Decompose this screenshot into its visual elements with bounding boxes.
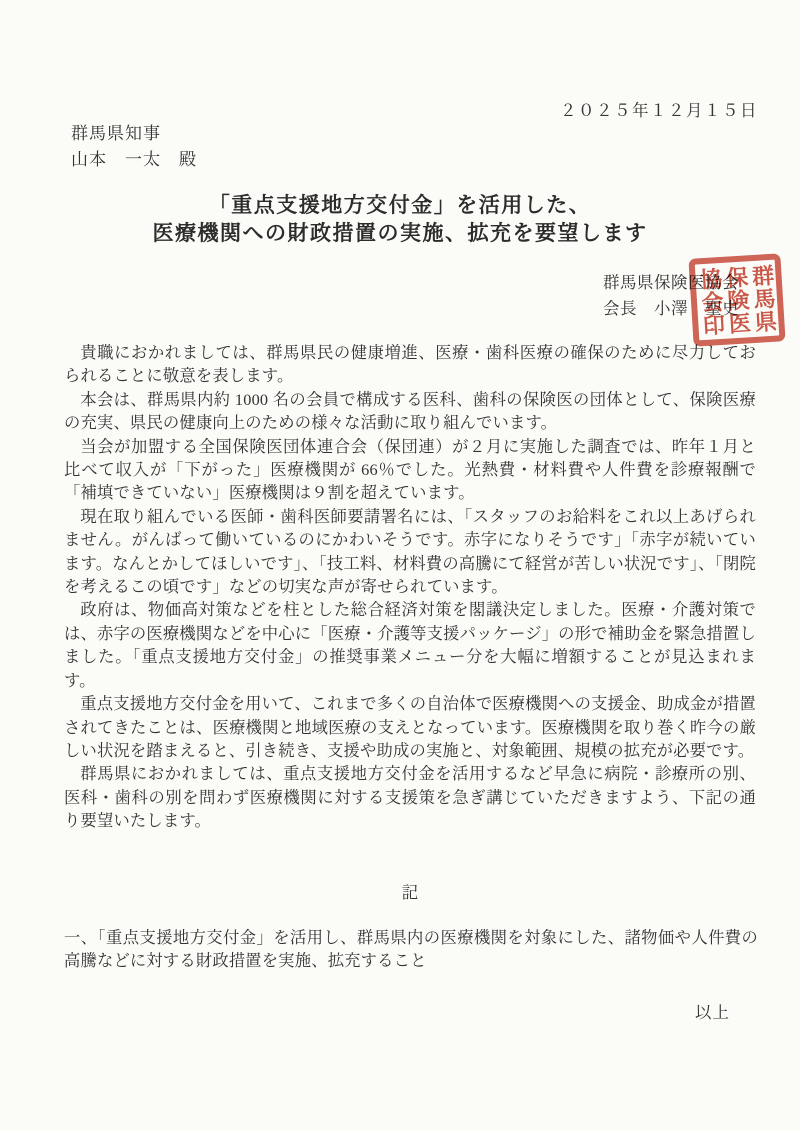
body-paragraph-government-policy: 政府は、物価高対策などを柱とした総合経済対策を閣議決定しました。医療・介護対策で… (64, 598, 756, 692)
record-marker: 記 (64, 879, 756, 903)
seal-column-left: 協会印 (696, 264, 726, 339)
subject-title-line1: 「重点支援地方交付金」を活用した、 (0, 191, 800, 219)
body-paragraph-survey-results: 当会が加盟する全国保険医団体連合会（保団連）が２月に実施した調査では、昨年１月と… (64, 435, 756, 505)
body-paragraph-petition-voices: 現在取り組んでいる医師・歯科医師要請署名には、「スタッフのお給料をこれ以上あげら… (64, 505, 756, 599)
body-paragraph-greeting: 貴職におかれましては、群馬県民の健康増進、医療・歯科医療の確保のために尽力してお… (64, 341, 756, 388)
red-official-seal-stamp: 群馬県 保険医 協会印 (688, 253, 785, 346)
seal-column-right: 群馬県 (748, 261, 778, 336)
subject-title-line2: 医療機関への財政措置の実施、拡充を要望します (0, 219, 800, 247)
closing-word: 以上 (695, 999, 730, 1023)
scanned-letter-page: ２０２５年１２月１５日 群馬県知事 山本 一太 殿 「重点支援地方交付金」を活用… (0, 0, 800, 1131)
letter-date: ２０２５年１２月１５日 (560, 97, 758, 121)
body-paragraph-request-to-prefecture: 群馬県におかれましては、重点支援地方交付金を活用するなど早急に病院・診療所の別、… (64, 762, 756, 832)
recipient-block: 群馬県知事 山本 一太 殿 (71, 121, 197, 173)
letter-body: 貴職におかれましては、群馬県民の健康増進、医療・歯科医療の確保のために尽力してお… (64, 341, 756, 833)
body-paragraph-grant-usage: 重点支援地方交付金を用いて、これまで多くの自治体で医療機関への支援金、助成金が措… (64, 692, 756, 762)
body-paragraph-association-intro: 本会は、群馬県内約 1000 名の会員で構成する医科、歯科の保険医の団体として、… (64, 388, 756, 435)
seal-column-middle: 保険医 (722, 262, 752, 337)
request-item-1: 一、「重点支援地方交付金」を活用し、群馬県内の医療機関を対象にした、諸物価や人件… (64, 926, 758, 973)
recipient-title: 群馬県知事 (71, 121, 197, 147)
recipient-name: 山本 一太 殿 (71, 147, 197, 173)
letter-subject-title: 「重点支援地方交付金」を活用した、 医療機関への財政措置の実施、拡充を要望します (0, 191, 800, 247)
